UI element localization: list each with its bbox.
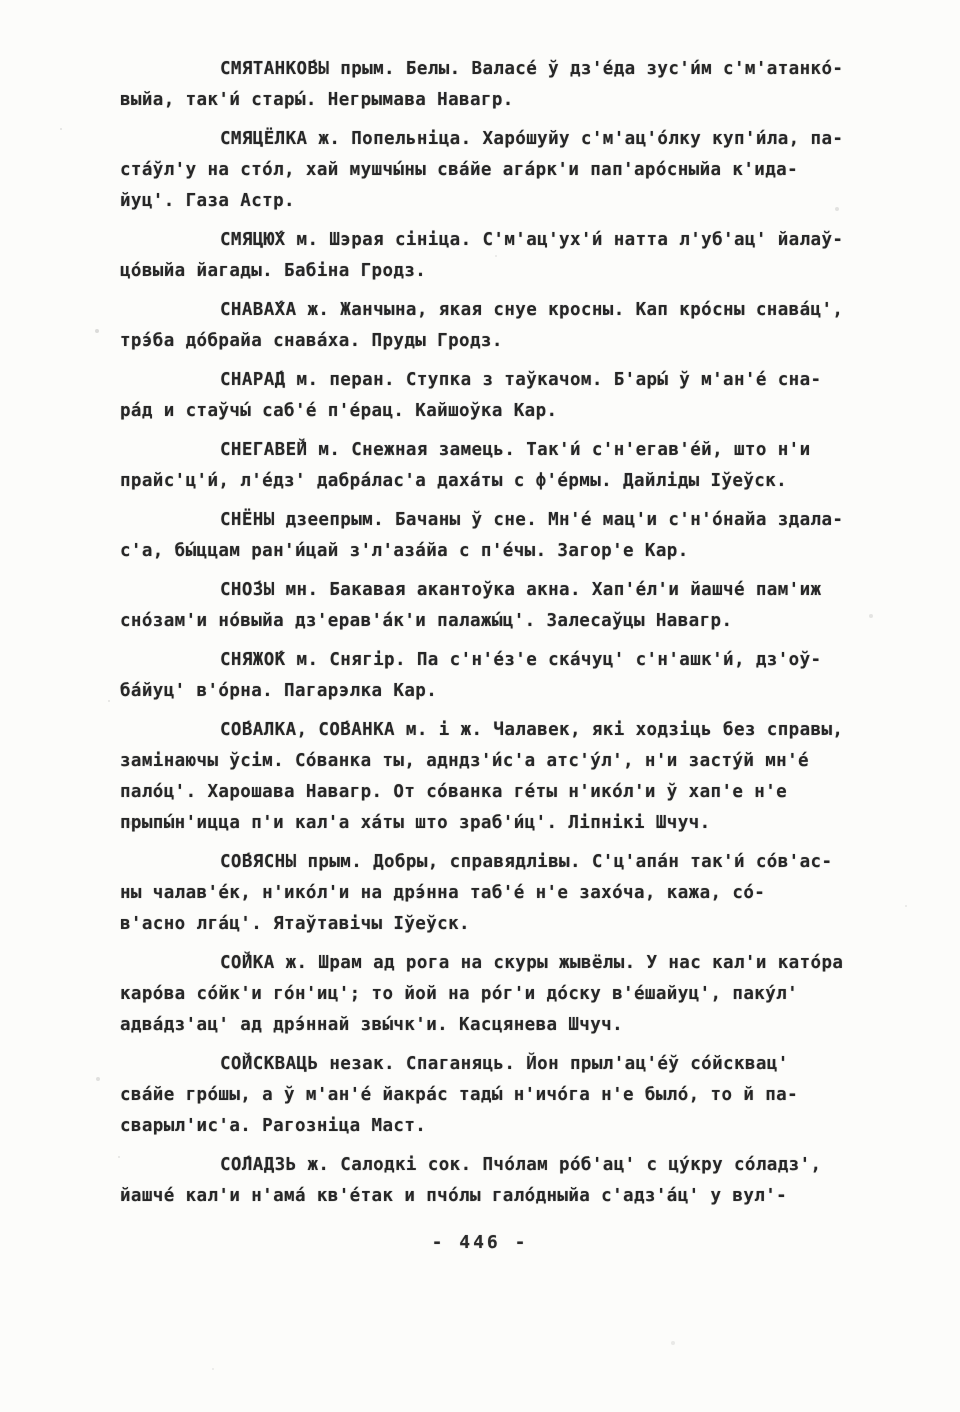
entry-line: СО́ЙКА ж. Шрам ад рога на скуры жывёлы. … [120,948,926,979]
dictionary-entry: СНЯЖО́К м. Снягір. Па с'н'е́з'е ска́чуц'… [120,645,926,707]
entry-line: цо́выйа йагады. Бабіна Гродз. [120,256,926,287]
entry-line: йашче́ кал'и н'ама́ кв'е́так и пчо́лы га… [120,1181,926,1212]
entry-line: СМЯТАНКО́ВЫ прым. Белы. Валасе́ ў дз'е́д… [120,54,926,85]
entry-line: СО́ВЯСНЫ прым. Добры, справядлівы. С'ц'а… [120,847,926,878]
entry-line: ны чалав'е́к, н'ико́л'и на дрэ́нна таб'е… [120,878,926,909]
dictionary-entry: СО́ЙКА ж. Шрам ад рога на скуры жывёлы. … [120,948,926,1041]
entry-line: сварыл'ис'а. Рагозніца Маст. [120,1111,926,1142]
entry-line: СО́ВАЛКА, СО́ВАНКА м. і ж. Чалавек, які … [120,715,926,746]
entry-line: СНЁНЫ дзеепрым. Бачаны ў сне. Мн'е́ мац'… [120,505,926,536]
dictionary-entry: СМЯТАНКО́ВЫ прым. Белы. Валасе́ ў дз'е́д… [120,54,926,116]
dictionary-text-block: СМЯТАНКО́ВЫ прым. Белы. Валасе́ ў дз'е́д… [120,54,926,1220]
entry-line: сно́зам'и но́выйа дз'ерав'а́к'и палажы́ц… [120,606,926,637]
dictionary-entry: СО́ВАЛКА, СО́ВАНКА м. і ж. Чалавек, які … [120,715,926,839]
dictionary-entry: СНАРА́Д м. перан. Ступка з таўкачом. Б'а… [120,365,926,427]
page-number: - 446 - [0,1228,960,1258]
entry-line: ра́д и стаўчы́ саб'е́ п'е́рац. Кайшоўка … [120,396,926,427]
entry-line: с'а, бы́ццам ран'и́цай з'л'аза́йа с п'е́… [120,536,926,567]
entry-line: выйа, так'и́ стары́. Негрымава Навагр. [120,85,926,116]
entry-line: замінаючы ўсім. Со́ванка ты, адндз'и́с'а… [120,746,926,777]
entry-line: СО́ЙСКВАЦЬ незак. Спаганяць. Йон прыл'ац… [120,1049,926,1080]
entry-line: СО́ЛАДЗЬ ж. Салодкі сок. Пчо́лам ро́б'ац… [120,1150,926,1181]
dictionary-entry: СО́ВЯСНЫ прым. Добры, справядлівы. С'ц'а… [120,847,926,940]
dictionary-entry: СО́ЙСКВАЦЬ незак. Спаганяць. Йон прыл'ац… [120,1049,926,1142]
entry-line: прыпы́н'ицца п'и кал'а ха́ты што зраб'и́… [120,808,926,839]
entry-line: йуц'. Газа Астр. [120,186,926,217]
entry-line: СНАВА́ХА ж. Жанчына, якая снуе кросны. К… [120,295,926,326]
entry-line: каро́ва со́йк'и го́н'иц'; то йой на ро́г… [120,979,926,1010]
dictionary-entry: СНАВА́ХА ж. Жанчына, якая снуе кросны. К… [120,295,926,357]
entry-line: сва́йе гро́шы, а ў м'ан'е́ йакра́с тады́… [120,1080,926,1111]
entry-line: ба́йуц' в'о́рна. Пагарэлка Кар. [120,676,926,707]
entry-line: ста́ўл'у на сто́л, хай мушчы́ны сва́йе а… [120,155,926,186]
entry-line: СМЯЦЁЛКА ж. Попельніца. Харо́шуйу с'м'ац… [120,124,926,155]
entry-line: СНЕГАВЕ́Й м. Снежная замець. Так'и́ с'н'… [120,435,926,466]
dictionary-entry: СМЯЦЁЛКА ж. Попельніца. Харо́шуйу с'м'ац… [120,124,926,217]
dictionary-entry: СО́ЛАДЗЬ ж. Салодкі сок. Пчо́лам ро́б'ац… [120,1150,926,1212]
entry-line: прайс'ц'и́, л'е́дз' дабра́лас'а даха́ты … [120,466,926,497]
scan-speckles [0,0,2,2]
entry-line: СНАРА́Д м. перан. Ступка з таўкачом. Б'а… [120,365,926,396]
dictionary-entry: СМЯЦЮ́Х м. Шэрая сініца. С'м'ац'ух'и́ на… [120,225,926,287]
entry-line: в'асно лга́ц'. Ятаўтавічы Іўеўск. [120,909,926,940]
entry-line: трэ́ба до́брайа снава́ха. Пруды Гродз. [120,326,926,357]
dictionary-entry: СНО́ЗЫ мн. Бакавая акантоўка акна. Хап'е… [120,575,926,637]
dictionary-entry: СНЁНЫ дзеепрым. Бачаны ў сне. Мн'е́ мац'… [120,505,926,567]
entry-line: СНО́ЗЫ мн. Бакавая акантоўка акна. Хап'е… [120,575,926,606]
entry-line: СНЯЖО́К м. Снягір. Па с'н'е́з'е ска́чуц'… [120,645,926,676]
scanned-dictionary-page: СМЯТАНКО́ВЫ прым. Белы. Валасе́ ў дз'е́д… [0,0,960,1412]
entry-line: пало́ц'. Харошава Навагр. От со́ванка ге… [120,777,926,808]
dictionary-entry: СНЕГАВЕ́Й м. Снежная замець. Так'и́ с'н'… [120,435,926,497]
entry-line: адва́дз'ац' ад дрэ́ннай звы́чк'и. Касцян… [120,1010,926,1041]
entry-line: СМЯЦЮ́Х м. Шэрая сініца. С'м'ац'ух'и́ на… [120,225,926,256]
